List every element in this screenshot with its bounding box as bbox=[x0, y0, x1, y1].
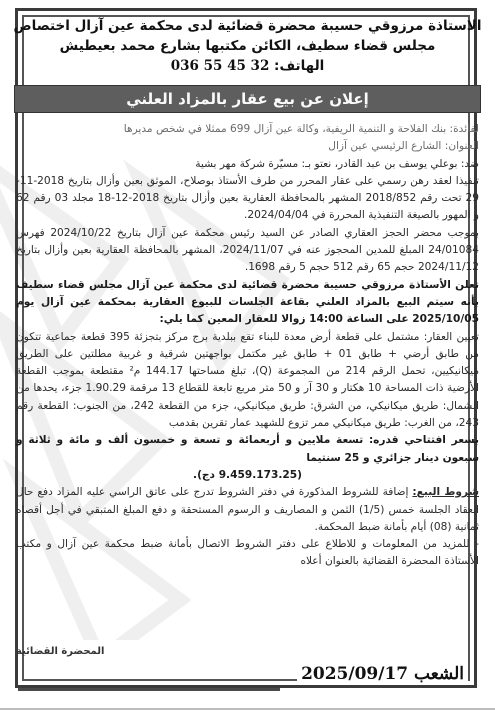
defendant-paragraph: ضد: بوعلي يوسف بن عبد القادر، نعتو بـ: م… bbox=[16, 156, 479, 173]
publication-date: 2025/09/17 bbox=[301, 664, 408, 684]
phone-label: الهاتف: bbox=[274, 58, 324, 74]
bailiff-header: الاستاذة مرزوقي حسيبة محضرة قضائية لدى م… bbox=[10, 16, 485, 76]
signature-row: المحضرة القضائية bbox=[16, 646, 479, 657]
newspaper-name: الشعب bbox=[414, 664, 464, 684]
contact-info-paragraph: - للمزيد من المعلومات و للاطلاع على دفتر… bbox=[16, 536, 479, 571]
auction-announcement-paragraph: تعلن الأستاذة مرزوقي حسيبة محضرة قضائية … bbox=[16, 277, 479, 329]
seizure-paragraph: بموجب محضر الحجز العقاري الصادر عن السيد… bbox=[16, 225, 479, 277]
publication-footer: الشعب 2025/09/17 bbox=[0, 664, 495, 686]
bailiff-phone-line: الهاتف: 036 55 45 32 bbox=[10, 56, 485, 76]
publication-credit: الشعب 2025/09/17 bbox=[297, 664, 468, 684]
mortgage-paragraph: تنفيذا لعقد رهن رسمي على عقار المحرر من … bbox=[16, 173, 479, 225]
bailiff-address-line: مجلس قضاء سطيف، الكائن مكتبها بشارع محمد… bbox=[10, 36, 485, 56]
beneficiary-paragraph: لفائدة: بنك الفلاحة و التنمية الريفية، و… bbox=[16, 121, 479, 138]
notice-body: لفائدة: بنك الفلاحة و التنمية الريفية، و… bbox=[16, 121, 479, 571]
sale-conditions-label: شروط البيع: bbox=[412, 486, 479, 498]
beneficiary-address: العنوان: الشارع الرئيسي عين آزال bbox=[16, 138, 479, 155]
footer-rule bbox=[18, 688, 280, 691]
property-description-paragraph: تعيين العقار: مشتمل على قطعة أرض معدة لل… bbox=[16, 329, 479, 433]
bailiff-name-line: الاستاذة مرزوقي حسيبة محضرة قضائية لدى م… bbox=[10, 16, 485, 36]
phone-number: 036 55 45 32 bbox=[171, 58, 270, 74]
opening-price-amount: (9.459.173.25 دج). bbox=[16, 467, 479, 484]
sale-conditions-text: إضافة للشروط المذكورة في دفتر الشروط تدر… bbox=[16, 486, 479, 533]
sale-conditions-paragraph: شروط البيع: إضافة للشروط المذكورة في دفت… bbox=[16, 484, 479, 536]
bailiff-signature: المحضرة القضائية bbox=[16, 646, 104, 657]
notice-title: إعلان عن بيع عقار بالمزاد العلني bbox=[126, 90, 369, 108]
opening-price-paragraph: بسعر افتتاحي قدره: تسعة ملايين و أربعمائ… bbox=[16, 432, 479, 467]
notice-title-bar: إعلان عن بيع عقار بالمزاد العلني bbox=[14, 85, 481, 113]
